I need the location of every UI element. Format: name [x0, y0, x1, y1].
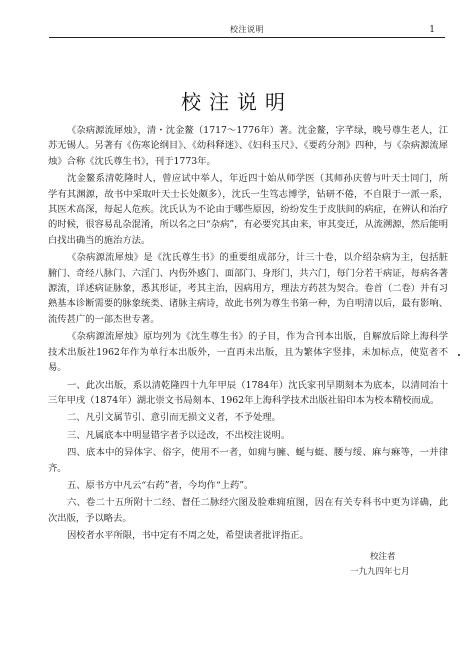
body-text: 《杂病源流犀烛》，清・沈金鳌（1717～1776年）著。沈金鳌，字芊绿，晚号尊生…: [48, 123, 448, 546]
signature-date: 一九九四年七月: [340, 565, 450, 580]
paragraph-book-content: 《杂病源流犀烛》是《沈氏尊生书》的重要组成部分，计三十卷，以介绍杂病为主，包括脏…: [48, 250, 448, 327]
paragraph-rule-2: 二、凡引文属节引、意引而无损文义者，不予处理。: [48, 410, 448, 425]
page-title: 校注说明: [0, 88, 474, 116]
running-head: 校注说明 1: [49, 23, 445, 37]
paragraph-rule-3: 三、凡属底本中明显错字者予以迳改，不出校注说明。: [48, 428, 448, 443]
paragraph-rule-4: 四、底本中的异体字、俗字，使用不一者，如痈与臃、蜒与蜓、腰与绥、麻与痳等，一并律…: [48, 445, 448, 476]
signature-author: 校注者: [340, 550, 450, 565]
paragraph-rule-5: 五、原书方中凡云“右药”者，今均作“上药”。: [48, 478, 448, 493]
paragraph-intro: 《杂病源流犀烛》，清・沈金鳌（1717～1776年）著。沈金鳌，字芊绿，晚号尊生…: [48, 123, 448, 169]
paragraph-rule-1: 一、此次出版，系以清乾隆四十九年甲辰（1784年）沈氏家刊早期刻本为底本，以清同…: [48, 378, 448, 409]
paragraph-rule-6: 六、卷二十五所附十二经、督任二脉经穴图及脸难痈疽图，因在有关专科书中更为详确，此…: [48, 495, 448, 526]
margin-mark: [458, 354, 460, 356]
paragraph-closing: 因校者水平所限，书中定有不周之处，希望读者批评指正。: [48, 528, 448, 543]
running-head-title: 校注说明: [49, 23, 445, 37]
paragraph-publication-history: 《杂病源流犀烛》原均列为《沈生尊生书》的子目，作为合刊本出版，自解放后除上海科学…: [48, 329, 448, 375]
page-number: 1: [429, 23, 435, 37]
header-rule: [49, 37, 445, 38]
signature: 校注者 一九九四年七月: [340, 550, 450, 580]
paragraph-author-bio: 沈金鳌系清乾隆时人，曾应试中举人，年近四十始从师学医（其师孙庆曾与叶天士同门，所…: [48, 171, 448, 248]
